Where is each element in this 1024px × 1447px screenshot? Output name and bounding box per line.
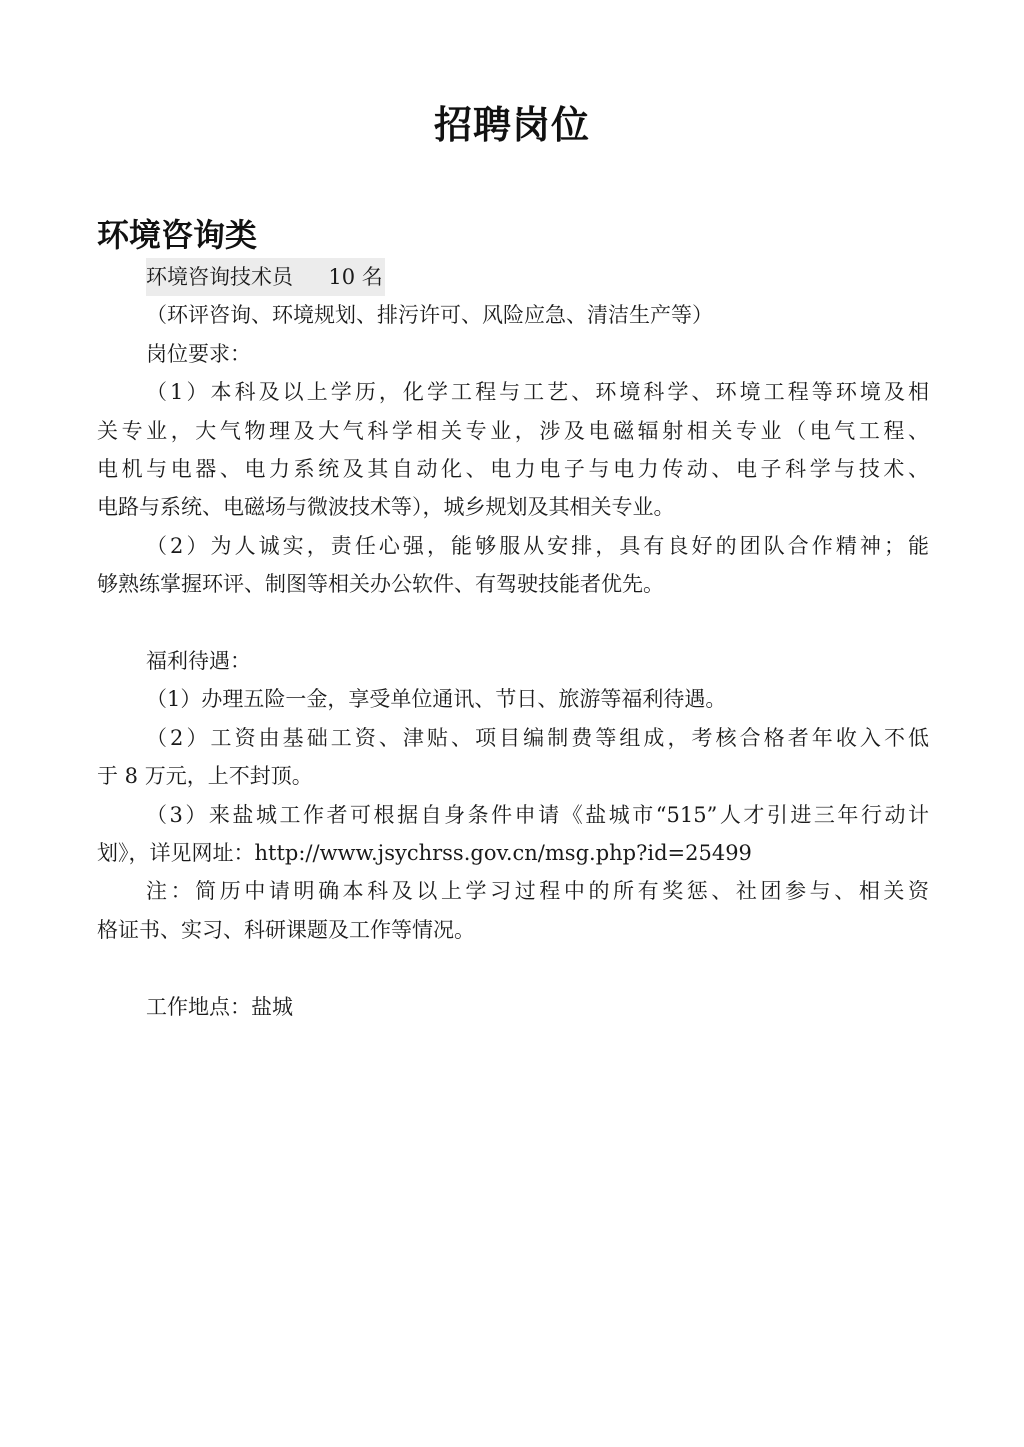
requirement-item-2: （2）为人诚实，责任心强，能够服从安排，具有良好的团队合作精神；能 够熟练掌握环… xyxy=(97,527,929,604)
requirement-line: （1）本科及以上学历，化学工程与工艺、环境科学、环境工程等环境及相 xyxy=(97,373,929,411)
benefit-line: （3）来盐城工作者可根据自身条件申请《盐城市“515”人才引进三年行动计 xyxy=(97,796,929,834)
note-line: 注：简历中请明确本科及以上学习过程中的所有奖惩、社团参与、相关资 xyxy=(97,872,929,910)
requirement-line: 电机与电器、电力系统及其自动化、电力电子与电力传动、电子科学与技术、 xyxy=(97,450,929,488)
benefits-heading: 福利待遇： xyxy=(97,642,929,680)
spacer xyxy=(97,949,929,987)
requirements-heading: 岗位要求： xyxy=(97,335,929,373)
spacer xyxy=(97,604,929,642)
position-scope: （环评咨询、环境规划、排污许可、风险应急、清洁生产等） xyxy=(97,296,929,334)
work-location: 工作地点：盐城 xyxy=(97,988,929,1026)
document-body: 环境咨询技术员 10 名 （环评咨询、环境规划、排污许可、风险应急、清洁生产等）… xyxy=(97,258,929,1026)
page-title: 招聘岗位 xyxy=(0,98,1024,152)
benefit-line: 于 8 万元，上不封顶。 xyxy=(97,757,929,795)
requirement-item-1: （1）本科及以上学历，化学工程与工艺、环境科学、环境工程等环境及相 关专业，大气… xyxy=(97,373,929,527)
section-title-category: 环境咨询类 xyxy=(97,212,257,258)
benefit-line: （2）工资由基础工资、津贴、项目编制费等组成，考核合格者年收入不低 xyxy=(97,719,929,757)
position-line: 环境咨询技术员 10 名 xyxy=(97,258,929,296)
benefit-item-2: （2）工资由基础工资、津贴、项目编制费等组成，考核合格者年收入不低 于 8 万元… xyxy=(97,719,929,796)
position-count: 10 名 xyxy=(328,265,382,289)
position-name: 环境咨询技术员 xyxy=(146,265,293,289)
requirement-line: （2）为人诚实，责任心强，能够服从安排，具有良好的团队合作精神；能 xyxy=(97,527,929,565)
benefit-item-3: （3）来盐城工作者可根据自身条件申请《盐城市“515”人才引进三年行动计 划》，… xyxy=(97,796,929,873)
benefit-line-url: 划》，详见网址：http://www.jsychrss.gov.cn/msg.p… xyxy=(97,834,929,872)
requirement-line: 关专业，大气物理及大气科学相关专业，涉及电磁辐射相关专业（电气工程、 xyxy=(97,412,929,450)
resume-note: 注：简历中请明确本科及以上学习过程中的所有奖惩、社团参与、相关资 格证书、实习、… xyxy=(97,872,929,949)
requirement-line: 够熟练掌握环评、制图等相关办公软件、有驾驶技能者优先。 xyxy=(97,565,929,603)
note-line: 格证书、实习、科研课题及工作等情况。 xyxy=(97,911,929,949)
position-title-highlight: 环境咨询技术员 10 名 xyxy=(146,258,385,296)
benefit-line: （1）办理五险一金，享受单位通讯、节日、旅游等福利待遇。 xyxy=(97,680,929,718)
requirement-line: 电路与系统、电磁场与微波技术等），城乡规划及其相关专业。 xyxy=(97,488,929,526)
benefit-item-1: （1）办理五险一金，享受单位通讯、节日、旅游等福利待遇。 xyxy=(97,680,929,718)
